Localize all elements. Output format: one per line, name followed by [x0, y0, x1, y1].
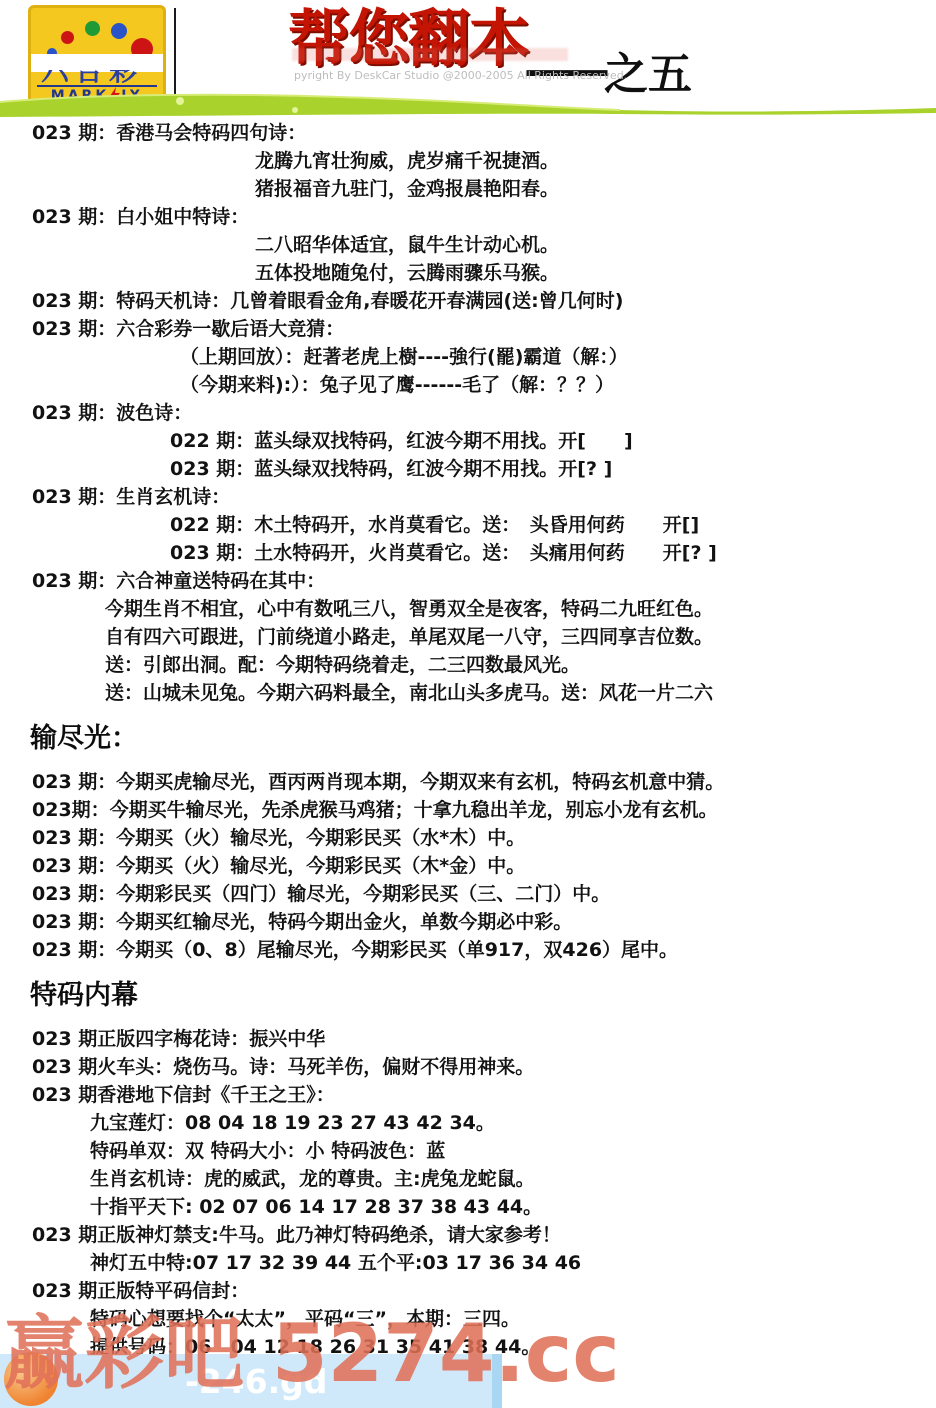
tip-line: 023 期正版神灯禁支:牛马。此乃神灯特码绝杀，请大家参考！	[0, 1224, 936, 1246]
poem-line: 五体投地随兔付，云腾雨骤乐马猴。	[0, 262, 936, 284]
tip-line: 023 期：今期买（火）输尽光，今期彩民买（木*金）中。	[0, 855, 936, 877]
tip-continuation-line: 自有四六可跟进，门前绕道小路走，单尾双尾一八守，三四同享吉位数。	[0, 626, 936, 648]
logo-dot-icon	[111, 23, 127, 39]
tip-continuation-line: 送：山城未见兔。今期六码料最全，南北山头多虎马。送：风花一片二六	[0, 682, 936, 704]
envelope-line: 九宝莲灯：08 04 18 19 23 27 43 42 34。	[0, 1112, 936, 1134]
section-heading-shujinguang: 输尽光：	[0, 716, 936, 755]
envelope-line: 十指平天下: 02 07 06 14 17 28 37 38 43 44。	[0, 1196, 936, 1218]
tip-line: 023 期：今期买虎输尽光，酉丙两肖现本期，今期双来有玄机，特码玄机意中猜。	[0, 771, 936, 793]
tip-line: 023 期：六合神童送特码在其中：	[0, 570, 936, 592]
poem-line: 龙腾九宵壮狗威，虎岁痛千祝捷酒。	[0, 150, 936, 172]
text-cursor-artifact	[174, 8, 176, 96]
site-watermark: 赢彩吧 5274.cc	[4, 1306, 620, 1402]
poem-line: 猪报福音九驻门，金鸡报晨艳阳春。	[0, 178, 936, 200]
tip-line: 023 期火车头：烧伤马。诗：马死羊伤，偏财不得用神来。	[0, 1056, 936, 1078]
tip-line: 023 期：今期彩民买（四门）输尽光，今期彩民买（三、二门）中。	[0, 883, 936, 905]
tip-line: 023 期香港地下信封《千王之王》：	[0, 1084, 936, 1106]
zodiac-line: 022 期：木土特码开，水肖莫看它。送： 头昏用何药 开[]	[0, 514, 936, 536]
riddle-line: （上期回放）：赶著老虎上樹----強行(罷)霸道（解：）	[0, 346, 936, 368]
wave-line: 023 期：蓝头绿双找特码，红波今期不用找。开[? ]	[0, 458, 936, 480]
page-title: 帮您翻本	[288, 2, 528, 76]
tip-line: 023 期：今期买红输尽光，特码今期出金火，单数今期必中彩。	[0, 911, 936, 933]
tip-line: 023期：今期买牛输尽光，先杀虎猴马鸡猪；十拿九稳出羊龙，别忘小龙有玄机。	[0, 799, 936, 821]
section-heading-neimu: 特码内幕	[0, 973, 936, 1012]
tip-line: 023 期正版特平码信封：	[0, 1280, 936, 1302]
riddle-line: （今期来料):）：兔子见了鹰------毛了（解：？？）	[0, 374, 936, 396]
logo-dot-icon	[61, 31, 74, 44]
tip-continuation-line: 今期生肖不相宜，心中有数吼三八，智勇双全是夜客，特码二九旺红色。	[0, 598, 936, 620]
logo-brand-cn-text: 六合彩	[41, 70, 143, 83]
tip-line: 023 期：六合彩券一歇后语大竞猜：	[0, 318, 936, 340]
document-body: 023 期：香港马会特码四句诗： 龙腾九宵壮狗威，虎岁痛千祝捷酒。 猪报福音九驻…	[0, 122, 936, 1364]
copyright-text: pyright By DeskCar Studio @2000-2005 All…	[294, 69, 627, 82]
mark-six-logo: 六合彩 MARKIX	[28, 5, 166, 105]
envelope-line: 神灯五中特:07 17 32 39 44 五个平:03 17 36 34 46	[0, 1252, 936, 1274]
poem-line: 二八昭华体适宜，鼠牛生计动心机。	[0, 234, 936, 256]
grass-strip	[0, 92, 936, 118]
tip-line: 023 期：生肖玄机诗：	[0, 486, 936, 508]
tip-line: 023 期正版四字梅花诗：振兴中华	[0, 1028, 936, 1050]
tip-line: 023 期：特码天机诗：几曾着眼看金角,春暖花开春满园(送:曾几何时)	[0, 290, 936, 312]
tip-line: 023 期：今期买（火）输尽光，今期彩民买（水*木）中。	[0, 827, 936, 849]
envelope-line: 特码单双：双 特码大小：小 特码波色：蓝	[0, 1140, 936, 1162]
tip-continuation-line: 送：引郎出洞。配：今期特码绕着走，二三四数最风光。	[0, 654, 936, 676]
zodiac-line: 023 期：土水特码开，火肖莫看它。送： 头痛用何药 开[? ]	[0, 542, 936, 564]
page-header: 六合彩 MARKIX 帮您翻本 ——之五 pyright By DeskCar …	[0, 0, 936, 120]
faded-red-watermark-strip	[292, 48, 568, 61]
tip-line: 023 期：今期买（0、8）尾输尽光，今期彩民买（单917，双426）尾中。	[0, 939, 936, 961]
tip-line: 023 期：白小姐中特诗：	[0, 206, 936, 228]
logo-dot-icon	[85, 21, 100, 36]
logo-brand-cn: 六合彩	[41, 70, 143, 83]
tip-line: 023 期：香港马会特码四句诗：	[0, 122, 936, 144]
wave-line: 022 期：蓝头绿双找特码，红波今期不用找。开[ ]	[0, 430, 936, 452]
envelope-line: 生肖玄机诗：虎的威武，龙的尊贵。主:虎兔龙蛇鼠。	[0, 1168, 936, 1190]
tip-line: 023 期：波色诗：	[0, 402, 936, 424]
